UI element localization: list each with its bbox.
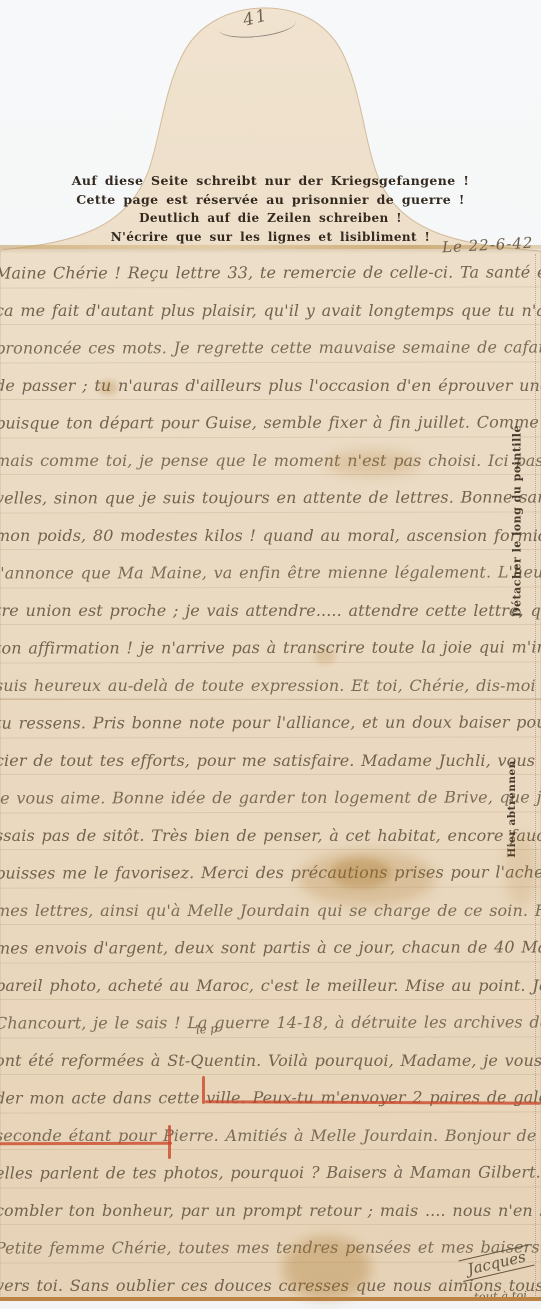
letter-line: Maine Chérie ! Reçu lettre 33, te remerc… (0, 249, 541, 288)
letter-line: combler ton bonheur, par un prompt retou… (0, 1188, 541, 1226)
censor-tick-2 (168, 1125, 171, 1159)
letter-line: puisque ton départ pour Guise, semble fi… (0, 399, 541, 438)
stain (314, 648, 336, 664)
letter-line: mes lettres, ainsi qu'à Melle Jourdain q… (0, 888, 541, 926)
letter-line: mais comme toi, je pense que le moment n… (0, 438, 541, 476)
stain (325, 450, 420, 476)
letter-line: velles, sinon que je suis toujours en at… (0, 474, 541, 513)
stain (505, 833, 537, 907)
letter-line: ça me fait d'autant plus plaisir, qu'il … (0, 288, 541, 326)
insertion-note: le p (196, 1021, 218, 1036)
letter-line: ton affirmation ! je n'arrive pas à tran… (0, 624, 541, 663)
letter-line: puisses me le favorisez. Merci des préca… (0, 849, 541, 888)
scanned-letter-page: 41 Auf diese Seite schreibt nur der Krie… (0, 0, 541, 1309)
letter-line: ssais pas de sitôt. Très bien de penser,… (0, 813, 541, 851)
censor-underline-2 (0, 1142, 172, 1146)
letter-line: mes envois d'argent, deux sont partis à … (0, 924, 541, 963)
printed-header-line: Deutlich auf die Zeilen schreiben ! (0, 209, 541, 228)
letter-line: Petite femme Chérie, toutes mes tendres … (0, 1224, 541, 1263)
tear-label-french: Détacher le long du pointillé (511, 425, 524, 617)
stain (98, 380, 118, 395)
letter-line: der mon acte dans cette ville. Peux-tu m… (0, 1074, 541, 1113)
printed-header: Auf diese Seite schreibt nur der Kriegsg… (0, 171, 541, 247)
printed-header-line: Cette page est réservée au prisonnier de… (0, 190, 541, 209)
letter-line: ont été reformées à St-Quentin. Voilà po… (0, 1038, 541, 1076)
tear-dotted-line (535, 254, 536, 1296)
letter-line: cier de tout tes efforts, pour me satisf… (0, 738, 541, 776)
letter-line: de passer ; tu n'auras d'ailleurs plus l… (0, 363, 541, 401)
letter-line: pareil photo, acheté au Maroc, c'est le … (0, 963, 541, 1001)
letter-line: l'annonce que Ma Maine, va enfin être mi… (0, 549, 541, 588)
letter-line: suis heureux au-delà de toute expression… (0, 663, 541, 701)
stain (283, 1236, 371, 1300)
letter-line: je vous aime. Bonne idée de garder ton l… (0, 774, 541, 813)
censor-tick-1 (202, 1076, 205, 1104)
signature-closing: tout à toi (474, 1288, 527, 1304)
letter-line: elles parlent de tes photos, pourquoi ? … (0, 1149, 541, 1188)
letter-line: prononcée ces mots. Je regrette cette ma… (0, 324, 541, 363)
letter-line: mon poids, 80 modestes kilos ! quand au … (0, 513, 541, 551)
letter-line: tu ressens. Pris bonne note pour l'allia… (0, 699, 541, 738)
letter-line: Chancourt, je le sais ! La guerre 14-18,… (0, 999, 541, 1038)
printed-header-line: Auf diese Seite schreibt nur der Kriegsg… (0, 171, 541, 190)
stain (330, 858, 392, 888)
paper-bottom-edge (0, 1297, 541, 1301)
letter-line: tre union est proche ; je vais attendre.… (0, 588, 541, 626)
